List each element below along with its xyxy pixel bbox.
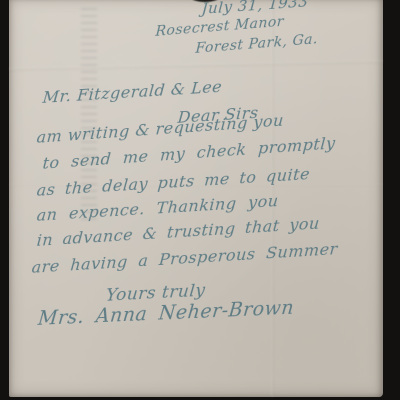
letter-signature: Mrs. Anna Neher-Brown xyxy=(37,297,295,330)
letter-recipient: Mr. Fitzgerald & Lee xyxy=(42,77,223,107)
paper-crease-horizontal-top xyxy=(9,60,383,71)
scan-backdrop: July 31, 1933 Rosecrest Manor Forest Par… xyxy=(0,0,400,400)
letter-paper: July 31, 1933 Rosecrest Manor Forest Par… xyxy=(9,0,383,397)
